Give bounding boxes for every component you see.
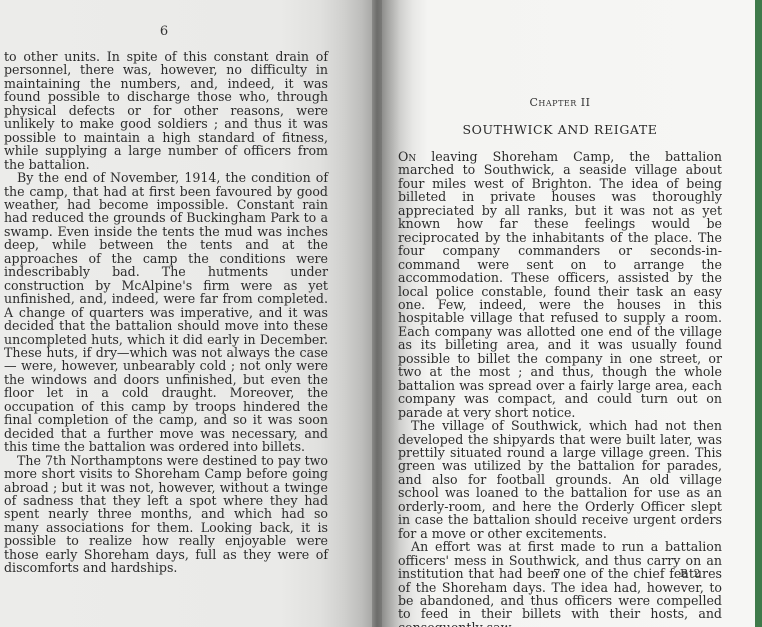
left-page-body: to other units. In spite of this constan… [4,50,328,575]
paragraph: On leaving Shoreham Camp, the battalion … [398,150,722,419]
chapter-label: Chapter II [398,96,722,109]
page-number-left: 6 [0,24,328,39]
book-gutter [372,0,382,627]
paragraph: An effort was at first made to run a bat… [398,540,722,627]
signature-mark: B 2 [680,567,702,580]
paragraph-text: leaving Shoreham Camp, the battalion mar… [398,149,722,420]
paragraph: to other units. In spite of this constan… [4,50,328,171]
chapter-title: SOUTHWICK AND REIGATE [398,122,722,137]
background-edge [755,0,762,627]
right-page-body: On leaving Shoreham Camp, the battalion … [398,150,722,627]
book-spread: 6 to other units. In spite of this const… [0,0,762,627]
paragraph: By the end of November, 1914, the condit… [4,171,328,454]
paragraph: The village of Southwick, which had not … [398,419,722,540]
page-number-right: 7 [553,567,561,581]
paragraph: The 7th Northamptons were destined to pa… [4,454,328,575]
